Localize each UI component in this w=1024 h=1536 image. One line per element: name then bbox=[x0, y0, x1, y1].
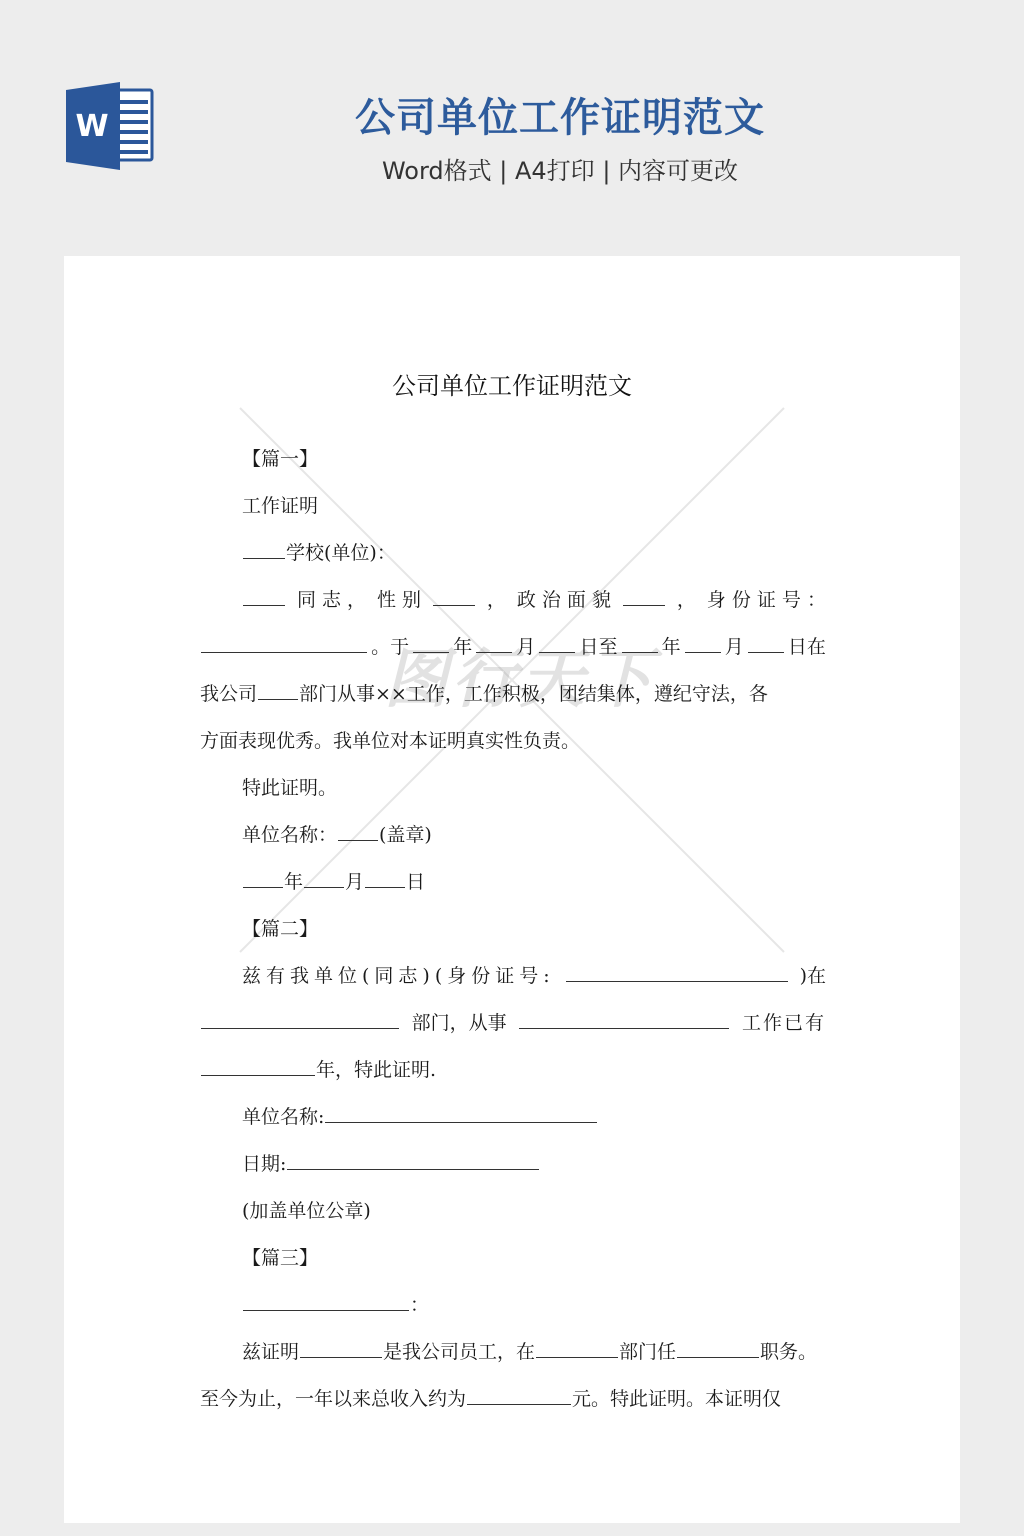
blank-field[interactable] bbox=[287, 1168, 539, 1170]
section1-line4: 方面表现优秀。我单位对本证明真实性负责。 bbox=[200, 718, 826, 765]
section1-recipient: 学校(单位)： bbox=[200, 530, 826, 577]
section1-unit-name: 单位名称：(盖章) bbox=[200, 812, 826, 859]
blank-field[interactable] bbox=[304, 886, 344, 888]
section1-title: 工作证明 bbox=[200, 483, 826, 530]
blank-field[interactable] bbox=[258, 698, 298, 700]
document-body: 【篇一】 工作证明 学校(单位)： 同 志 ， 性 别 ， 政 治 面 貌 ， … bbox=[200, 436, 826, 1423]
blank-field[interactable] bbox=[476, 651, 512, 653]
blank-field[interactable] bbox=[243, 557, 285, 559]
header-subtitle: Word格式 | A4打印 | 内容可更改 bbox=[300, 154, 820, 188]
section3-recipient: ： bbox=[200, 1282, 826, 1329]
blank-field[interactable] bbox=[201, 651, 367, 653]
section3-line2: 至今为止，一年以来总收入约为元。特此证明。本证明仅 bbox=[200, 1376, 826, 1423]
section1-line3: 我公司部门从事××工作，工作积极，团结集体，遵纪守法，各 bbox=[200, 671, 826, 718]
blank-field[interactable] bbox=[433, 604, 475, 606]
section-heading-1: 【篇一】 bbox=[200, 436, 826, 483]
blank-field[interactable] bbox=[623, 604, 665, 606]
document-page: 图行天下 公司单位工作证明范文 【篇一】 工作证明 学校(单位)： 同 志 ， … bbox=[64, 256, 960, 1523]
blank-field[interactable] bbox=[536, 1356, 618, 1358]
blank-field[interactable] bbox=[201, 1074, 315, 1076]
section1-line2: 。于 年 月 日至 年 月 日在 bbox=[200, 624, 826, 671]
section1-date: 年月日 bbox=[200, 859, 826, 906]
section-heading-3: 【篇三】 bbox=[200, 1235, 826, 1282]
blank-field[interactable] bbox=[413, 651, 449, 653]
blank-field[interactable] bbox=[748, 651, 784, 653]
header-title: 公司单位工作证明范文 bbox=[300, 92, 820, 144]
section2-unit-name: 单位名称: bbox=[200, 1094, 826, 1141]
blank-field[interactable] bbox=[325, 1121, 597, 1123]
svg-text:W: W bbox=[75, 109, 108, 144]
blank-field[interactable] bbox=[467, 1403, 571, 1405]
section2-date: 日期: bbox=[200, 1141, 826, 1188]
section1-closing: 特此证明。 bbox=[200, 765, 826, 812]
blank-field[interactable] bbox=[365, 886, 405, 888]
blank-field[interactable] bbox=[300, 1356, 382, 1358]
section2-line1: 兹有我单位(同志)(身份证号: )在 bbox=[200, 953, 826, 1000]
section2-line3: 年，特此证明. bbox=[200, 1047, 826, 1094]
section-heading-2: 【篇二】 bbox=[200, 906, 826, 953]
blank-field[interactable] bbox=[243, 886, 283, 888]
blank-field[interactable] bbox=[243, 604, 285, 606]
word-document-icon: W bbox=[64, 80, 156, 172]
blank-field[interactable] bbox=[539, 651, 575, 653]
blank-field[interactable] bbox=[622, 651, 658, 653]
section1-line1: 同 志 ， 性 别 ， 政 治 面 貌 ， 身 份 证 号 ： bbox=[200, 577, 826, 624]
blank-field[interactable] bbox=[685, 651, 721, 653]
blank-field[interactable] bbox=[201, 1027, 399, 1029]
blank-field[interactable] bbox=[519, 1027, 729, 1029]
blank-field[interactable] bbox=[566, 980, 788, 982]
section2-line2: 部门，从事 工作已有 bbox=[200, 1000, 826, 1047]
blank-field[interactable] bbox=[677, 1356, 759, 1358]
blank-field[interactable] bbox=[338, 839, 378, 841]
document-title: 公司单位工作证明范文 bbox=[64, 368, 960, 404]
blank-field[interactable] bbox=[243, 1309, 409, 1311]
section2-stamp-note: (加盖单位公章) bbox=[200, 1188, 826, 1235]
section3-line1: 兹证明是我公司员工，在部门任职务。 bbox=[200, 1329, 826, 1376]
